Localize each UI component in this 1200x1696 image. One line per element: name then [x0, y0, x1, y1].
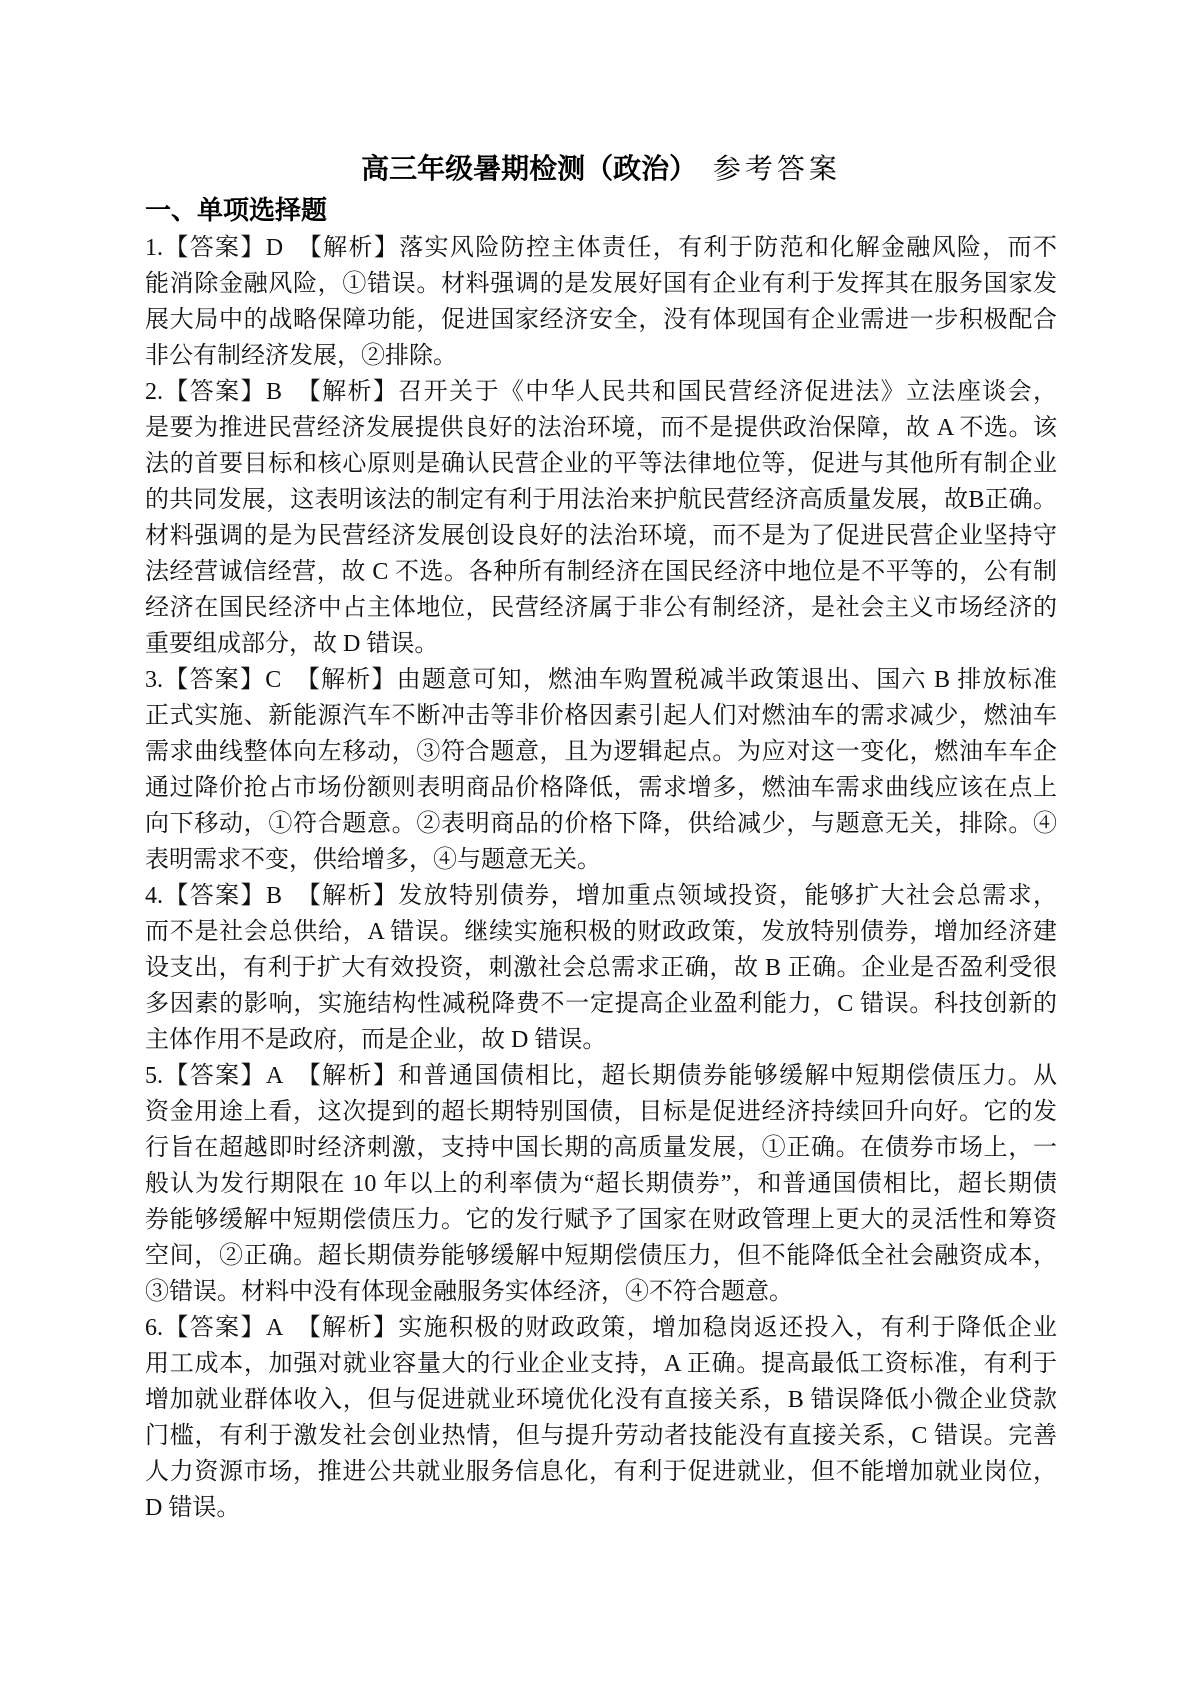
page-title-main: 高三年级暑期检测（政治） — [361, 153, 697, 184]
answer-line: 5.【答案】A 【解析】和普通国债相比，超长期债券能够缓解中短期偿债压力。从 — [145, 1058, 1057, 1094]
answer-line: D 错误。 — [145, 1490, 1057, 1526]
answers-list: 1.【答案】D 【解析】落实风险防控主体责任，有利于防范和化解金融风险，而不能消… — [145, 230, 1057, 1526]
answer-item-1: 1.【答案】D 【解析】落实风险防控主体责任，有利于防范和化解金融风险，而不能消… — [145, 230, 1057, 374]
answer-line: 4.【答案】B 【解析】发放特别债券，增加重点领域投资，能够扩大社会总需求， — [145, 878, 1057, 914]
answer-line: 2.【答案】B 【解析】召开关于《中华人民共和国民营经济促进法》立法座谈会， — [145, 374, 1057, 410]
answer-line: 行旨在超越即时经济刺激，支持中国长期的高质量发展，①正确。在债券市场上，一 — [145, 1130, 1057, 1166]
answer-line: 通过降价抢占市场份额则表明商品价格降低，需求增多，燃油车需求曲线应该在点上 — [145, 770, 1057, 806]
answer-line: 人力资源市场，推进公共就业服务信息化，有利于促进就业，但不能增加就业岗位， — [145, 1454, 1057, 1490]
answer-item-2: 2.【答案】B 【解析】召开关于《中华人民共和国民营经济促进法》立法座谈会，是要… — [145, 374, 1057, 662]
document-body: 高三年级暑期检测（政治） 参考答案 一、单项选择题 1.【答案】D 【解析】落实… — [145, 150, 1057, 1526]
answer-item-6: 6.【答案】A 【解析】实施积极的财政政策，增加稳岗返还投入，有利于降低企业用工… — [145, 1310, 1057, 1526]
answer-line: 展大局中的战略保障功能，促进国家经济安全，没有体现国有企业需进一步积极配合 — [145, 302, 1057, 338]
answer-line: 设支出，有利于扩大有效投资，刺激社会总需求正确，故 B 正确。企业是否盈利受很 — [145, 950, 1057, 986]
answer-line: 材料强调的是为民营经济发展创设良好的法治环境，而不是为了促进民营企业坚持守 — [145, 518, 1057, 554]
answer-line: 主体作用不是政府，而是企业，故 D 错误。 — [145, 1022, 1057, 1058]
answer-line: 正式实施、新能源汽车不断冲击等非价格因素引起人们对燃油车的需求减少，燃油车 — [145, 698, 1057, 734]
answer-line: 增加就业群体收入，但与促进就业环境优化没有直接关系，B 错误降低小微企业贷款 — [145, 1382, 1057, 1418]
answer-line: 表明需求不变，供给增多，④与题意无关。 — [145, 842, 1057, 878]
answer-line: 般认为发行期限在 10 年以上的利率债为“超长期债券”，和普通国债相比，超长期债 — [145, 1166, 1057, 1202]
answer-line: 门槛，有利于激发社会创业热情，但与提升劳动者技能没有直接关系，C 错误。完善 — [145, 1418, 1057, 1454]
answer-line: 向下移动，①符合题意。②表明商品的价格下降，供给减少，与题意无关，排除。④ — [145, 806, 1057, 842]
answer-line: 券能够缓解中短期偿债压力。它的发行赋予了国家在财政管理上更大的灵活性和筹资 — [145, 1202, 1057, 1238]
answer-line: 非公有制经济发展，②排除。 — [145, 338, 1057, 374]
answer-line: 6.【答案】A 【解析】实施积极的财政政策，增加稳岗返还投入，有利于降低企业 — [145, 1310, 1057, 1346]
answer-line: 用工成本，加强对就业容量大的行业企业支持，A 正确。提高最低工资标准，有利于 — [145, 1346, 1057, 1382]
answer-line: 1.【答案】D 【解析】落实风险防控主体责任，有利于防范和化解金融风险，而不 — [145, 230, 1057, 266]
answer-line: 的共同发展，这表明该法的制定有利于用法治来护航民营经济高质量发展，故B正确。 — [145, 482, 1057, 518]
answer-line: 3.【答案】C 【解析】由题意可知，燃油车购置税减半政策退出、国六 B 排放标准 — [145, 662, 1057, 698]
answer-line: 重要组成部分，故 D 错误。 — [145, 626, 1057, 662]
answer-line: 资金用途上看，这次提到的超长期特别国债，目标是促进经济持续回升向好。它的发 — [145, 1094, 1057, 1130]
section-heading: 一、单项选择题 — [145, 192, 1057, 229]
page-title-suffix: 参考答案 — [713, 153, 841, 184]
answer-line: 多因素的影响，实施结构性减税降费不一定提高企业盈利能力，C 错误。科技创新的 — [145, 986, 1057, 1022]
answer-line: 而不是社会总供给，A 错误。继续实施积极的财政政策，发放特别债券，增加经济建 — [145, 914, 1057, 950]
answer-item-4: 4.【答案】B 【解析】发放特别债券，增加重点领域投资，能够扩大社会总需求，而不… — [145, 878, 1057, 1058]
answer-line: 需求曲线整体向左移动，③符合题意，且为逻辑起点。为应对这一变化，燃油车车企 — [145, 734, 1057, 770]
answer-line: 法的首要目标和核心原则是确认民营企业的平等法律地位等，促进与其他所有制企业 — [145, 446, 1057, 482]
answer-line: 空间，②正确。超长期债券能够缓解中短期偿债压力，但不能降低全社会融资成本， — [145, 1238, 1057, 1274]
answer-item-5: 5.【答案】A 【解析】和普通国债相比，超长期债券能够缓解中短期偿债压力。从资金… — [145, 1058, 1057, 1310]
answer-line: 是要为推进民营经济发展提供良好的法治环境，而不是提供政治保障，故 A 不选。该 — [145, 410, 1057, 446]
page-title: 高三年级暑期检测（政治） 参考答案 — [145, 150, 1057, 188]
answer-line: 法经营诚信经营，故 C 不选。各种所有制经济在国民经济中地位是不平等的，公有制 — [145, 554, 1057, 590]
answer-line: ③错误。材料中没有体现金融服务实体经济，④不符合题意。 — [145, 1274, 1057, 1310]
answer-line: 能消除金融风险，①错误。材料强调的是发展好国有企业有利于发挥其在服务国家发 — [145, 266, 1057, 302]
answer-item-3: 3.【答案】C 【解析】由题意可知，燃油车购置税减半政策退出、国六 B 排放标准… — [145, 662, 1057, 878]
answer-line: 经济在国民经济中占主体地位，民营经济属于非公有制经济，是社会主义市场经济的 — [145, 590, 1057, 626]
document-page: 高三年级暑期检测（政治） 参考答案 一、单项选择题 1.【答案】D 【解析】落实… — [0, 0, 1200, 1696]
